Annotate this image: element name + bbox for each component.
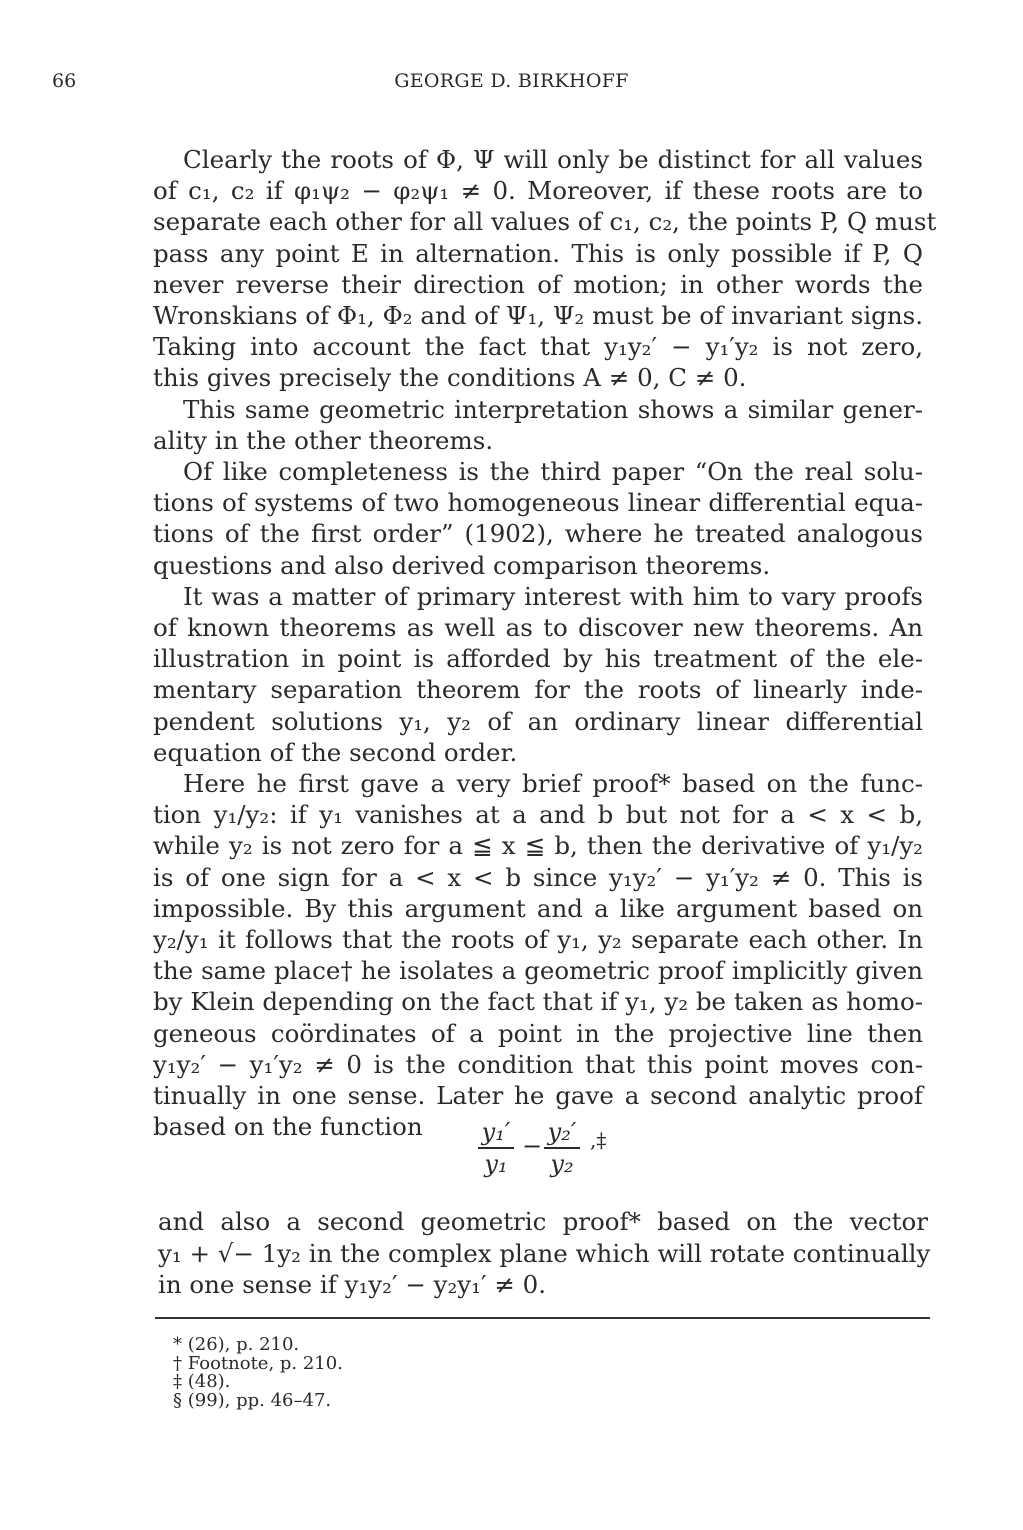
text-line: This same geometric interpretation shows… — [153, 394, 923, 425]
text-line: separate each other for all values of c₁… — [153, 206, 923, 237]
page-header: 66 GEORGE D. BIRKHOFF — [0, 70, 1023, 100]
text-line: y₂/y₁ it follows that the roots of y₁, y… — [153, 924, 923, 955]
text-line: never reverse their direction of motion;… — [153, 269, 923, 300]
text-line: questions and also derived comparison th… — [153, 550, 923, 581]
text-line: equation of the second order. — [153, 737, 923, 768]
text-line: pass any point E in alternation. This is… — [153, 238, 923, 269]
body-text: Clearly the roots of Φ, Ψ will only be d… — [153, 144, 923, 1143]
text-line: impossible. By this argument and a like … — [153, 893, 923, 924]
display-formula: y₁′ y₁ − y₂′ y₂ ,‡ — [478, 1118, 638, 1188]
text-line: geneous coördinates of a point in the pr… — [153, 1018, 923, 1049]
footnote-rule — [155, 1317, 930, 1319]
text-line: Of like completeness is the third paper … — [153, 456, 923, 487]
denominator: y₁ — [478, 1149, 514, 1179]
text-line: of c₁, c₂ if φ₁ψ₂ − φ₂ψ₁ ≠ 0. Moreover, … — [153, 175, 923, 206]
footnotes: * (26), p. 210. † Footnote, p. 210. ‡ (4… — [173, 1336, 343, 1410]
text-line: ality in the other theorems. — [153, 425, 923, 456]
text-line: Wronskians of Φ₁, Φ₂ and of Ψ₁, Ψ₂ must … — [153, 300, 923, 331]
footnote-item: § (99), pp. 46–47. — [173, 1392, 343, 1411]
text-line: y₁y₂′ − y₁′y₂ ≠ 0 is the condition that … — [153, 1049, 923, 1080]
footnote-item: * (26), p. 210. — [173, 1336, 343, 1355]
text-line: this gives precisely the conditions A ≠ … — [153, 362, 923, 393]
text-line: Taking into account the fact that y₁y₂′ … — [153, 331, 923, 362]
text-line: of known theorems as well as to discover… — [153, 612, 923, 643]
text-line: by Klein depending on the fact that if y… — [153, 986, 923, 1017]
text-line: is of one sign for a < x < b since y₁y₂′… — [153, 862, 923, 893]
text-line: tions of systems of two homogeneous line… — [153, 487, 923, 518]
running-head: GEORGE D. BIRKHOFF — [0, 70, 1023, 92]
text-line: y₁ + √− 1y₂ in the complex plane which w… — [158, 1238, 928, 1270]
text-line: Clearly the roots of Φ, Ψ will only be d… — [153, 144, 923, 175]
text-line: the same place† he isolates a geometric … — [153, 955, 923, 986]
text-line: pendent solutions y₁, y₂ of an ordinary … — [153, 706, 923, 737]
fraction-y2: y₂′ y₂ — [544, 1118, 580, 1179]
footnote-item: ‡ (48). — [173, 1373, 343, 1392]
minus-sign: − — [522, 1132, 542, 1160]
numerator: y₁′ — [478, 1118, 514, 1149]
text-line: tions of the first order” (1902), where … — [153, 518, 923, 549]
closing-paragraph: and also a second geometric proof* based… — [158, 1206, 928, 1301]
text-line: and also a second geometric proof* based… — [158, 1206, 928, 1238]
footnote-mark: ,‡ — [590, 1128, 606, 1152]
text-line: while y₂ is not zero for a ≦ x ≦ b, then… — [153, 830, 923, 861]
text-line: Here he first gave a very brief proof* b… — [153, 768, 923, 799]
text-line: tinually in one sense. Later he gave a s… — [153, 1080, 923, 1111]
text-line: in one sense if y₁y₂′ − y₂y₁′ ≠ 0. — [158, 1269, 928, 1301]
denominator: y₂ — [544, 1149, 580, 1179]
fraction-y1: y₁′ y₁ — [478, 1118, 514, 1179]
text-line: mentary separation theorem for the roots… — [153, 674, 923, 705]
text-line: illustration in point is afforded by his… — [153, 643, 923, 674]
numerator: y₂′ — [544, 1118, 580, 1149]
text-line: It was a matter of primary interest with… — [153, 581, 923, 612]
text-line: tion y₁/y₂: if y₁ vanishes at a and b bu… — [153, 799, 923, 830]
